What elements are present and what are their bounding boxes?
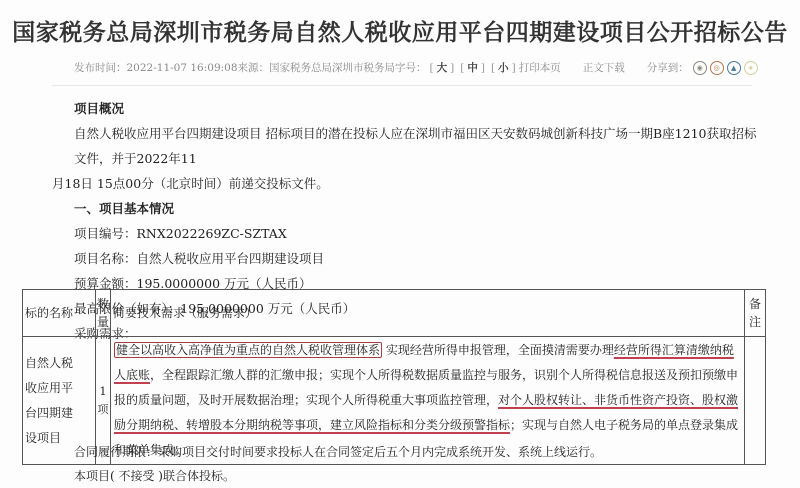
procurement-table: 标的名称 数量 简要技术需求（服务需求） 备注 自然人税 收应用平 台四期建 设… bbox=[22, 289, 766, 465]
publish-time: 2022-11-07 16:09:08 bbox=[127, 62, 238, 74]
highlighted-requirement: 健全以高收入高净值为重点的自然人税收管理体系 bbox=[114, 342, 382, 358]
page-title: 国家税务总局深圳市税务局自然人税收应用平台四期建设项目公开招标公告 bbox=[0, 14, 800, 47]
article-meta-bar: 发布时间： 2022-11-07 16:09:08 来源： 国家税务总局深圳市税… bbox=[74, 60, 754, 75]
consortium-note: 本项目( 不接受 )联合体投标。 bbox=[74, 464, 602, 488]
publish-time-label: 发布时间： bbox=[74, 60, 127, 75]
overview-paragraph-line2: 月18日 15点00分（北京时间）前递交投标文件。 bbox=[0, 171, 800, 196]
weibo-icon[interactable]: ◎ bbox=[710, 61, 724, 75]
font-size-medium-button[interactable]: 中 bbox=[467, 60, 478, 75]
note-cell bbox=[745, 337, 766, 465]
project-number-label: 项目编号： bbox=[74, 226, 137, 241]
source: 国家税务总局深圳市税务局 bbox=[269, 60, 395, 75]
font-size-large-button[interactable]: 大 bbox=[437, 60, 448, 75]
font-size-label: 字号： bbox=[395, 60, 427, 75]
header-note: 备注 bbox=[745, 290, 766, 337]
qq-icon[interactable]: ▲ bbox=[727, 61, 741, 75]
project-name-label: 项目名称： bbox=[74, 251, 137, 266]
overview-paragraph-line1: 自然人税收应用平台四期建设项目 招标项目的潜在投标人应在深圳市福田区天安数码城创… bbox=[0, 121, 800, 171]
header-quantity: 数量 bbox=[96, 290, 111, 337]
header-divider bbox=[52, 85, 752, 86]
project-number: RNX2022269ZC-SZTAX bbox=[137, 226, 287, 241]
basic-info-heading: 一、项目基本情况 bbox=[0, 196, 800, 221]
footer-section: 合同履行期限：采购项目交付时间要求投标人在合同签定后五个月内完成系统开发、系统上… bbox=[74, 440, 602, 488]
contract-period: 合同履行期限：采购项目交付时间要求投标人在合同签定后五个月内完成系统开发、系统上… bbox=[74, 440, 602, 464]
print-page-link[interactable]: 打印本页 bbox=[519, 60, 561, 75]
header-item-name: 标的名称 bbox=[23, 290, 96, 337]
project-number-row: 项目编号：RNX2022269ZC-SZTAX bbox=[0, 221, 800, 246]
table-header-row: 标的名称 数量 简要技术需求（服务需求） 备注 bbox=[23, 290, 766, 337]
wechat-icon[interactable]: ◉ bbox=[693, 61, 707, 75]
overview-heading: 项目概况 bbox=[0, 96, 800, 121]
share-label: 分享到： bbox=[647, 60, 689, 75]
font-size-small-button[interactable]: 小 bbox=[498, 60, 509, 75]
project-name-row: 项目名称：自然人税收应用平台四期建设项目 bbox=[0, 246, 800, 271]
project-name: 自然人税收应用平台四期建设项目 bbox=[137, 251, 325, 266]
header-requirements: 简要技术需求（服务需求） bbox=[111, 290, 745, 337]
source-label: 来源： bbox=[238, 60, 270, 75]
download-text-link[interactable]: 正文下载 bbox=[583, 60, 625, 75]
qzone-icon[interactable]: ★ bbox=[744, 61, 758, 75]
